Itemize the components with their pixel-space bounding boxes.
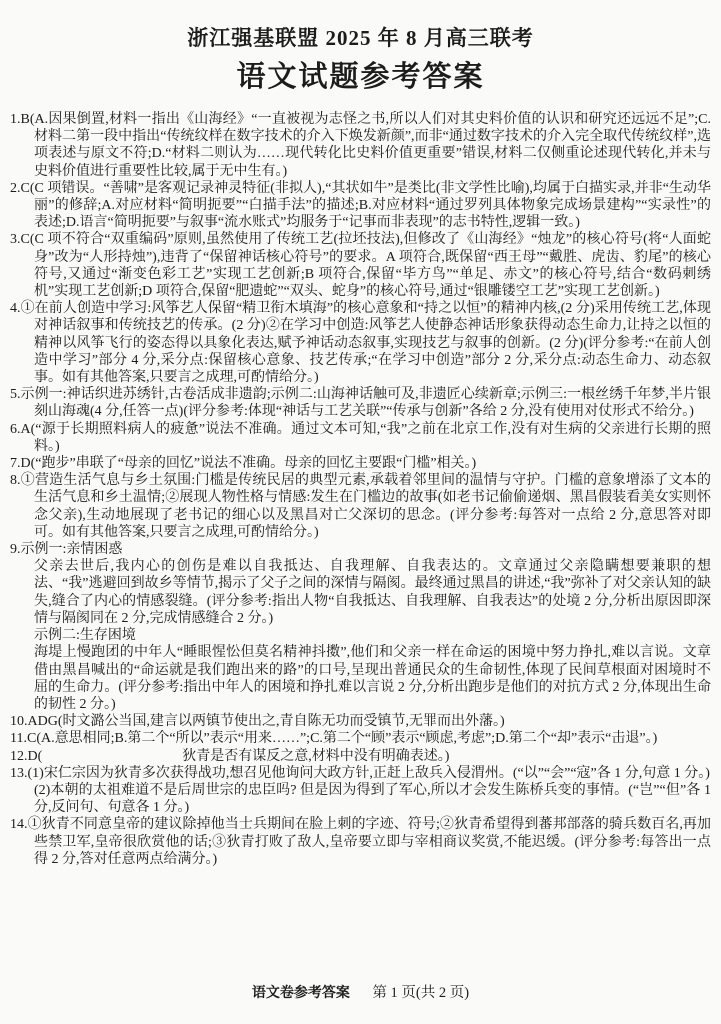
- exam-title: 浙江强基联盟 2025 年 8 月高三联考: [0, 22, 721, 52]
- answer-item-9: 9.示例一:亲情困惑父亲去世后,我内心的创伤是难以自我抵达、自我理解、自我表达的…: [10, 541, 711, 713]
- answer-text: D( 狄青是否有谋反之意,材料中没有明确表述。): [28, 749, 450, 764]
- answer-paragraph: 示例二:生存困境: [10, 627, 711, 644]
- answer-paragraph: 1.B(A.因果倒置,材料一指出《山海经》“一直被视为志怪之书,所以人们对其史料…: [10, 111, 711, 180]
- answer-number: 13.: [10, 766, 28, 781]
- answer-paragraph: 5.示例一:神话织进苏绣针,古卷活成非遗韵;示例二:山海神话触可及,非遗匠心续新…: [10, 386, 711, 420]
- answer-paragraph: 7.D(“跑步”串联了“母亲的回忆”说法不准确。母亲的回忆主要跟“门槛”相关。): [10, 455, 711, 472]
- answer-number: 12.: [10, 749, 28, 764]
- answer-item-2: 2.C(C 项错误。“善啸”是客观记录神灵特征(非拟人),“其状如牛”是类比(非…: [10, 180, 711, 232]
- answer-paragraph: 6.A(“源于长期照料病人的疲惫”说法不准确。通过文本可知,“我”之前在北京工作…: [10, 421, 711, 455]
- answer-paragraph: 8.①营造生活气息与乡土氛围:门槛是传统民居的典型元素,承载着邻里间的温情与守护…: [10, 472, 711, 541]
- answer-list: 1.B(A.因果倒置,材料一指出《山海经》“一直被视为志怪之书,所以人们对其史料…: [0, 111, 721, 868]
- answer-paragraph: 3.C(C 项不符合“双重编码”原则,虽然使用了传统工艺(拉坯技法),但修改了《…: [10, 231, 711, 300]
- answer-paragraph: 海堤上慢跑团的中年人“睡眼惺忪但莫名精神抖擞”,他们和父亲一样在命运的困境中努力…: [10, 644, 711, 713]
- answer-number: 3.: [10, 232, 21, 247]
- title-block: 浙江强基联盟 2025 年 8 月高三联考 语文试题参考答案: [0, 22, 721, 95]
- answer-item-6: 6.A(“源于长期照料病人的疲惫”说法不准确。通过文本可知,“我”之前在北京工作…: [10, 421, 711, 455]
- answer-paragraph: 9.示例一:亲情困惑: [10, 541, 711, 558]
- answer-item-5: 5.示例一:神话织进苏绣针,古卷活成非遗韵;示例二:山海神话触可及,非遗匠心续新…: [10, 386, 711, 420]
- answer-item-4: 4.①在前人创造中学习:风筝艺人保留“精卫衔木填海”的核心意象和“持之以恒”的精…: [10, 300, 711, 386]
- answer-number: 4.: [10, 301, 21, 316]
- answer-item-10: 10.ADG(时文潞公当国,建言以两镇节使出之,青自陈无功而受镇节,无罪而出外藩…: [10, 713, 711, 730]
- answer-item-11: 11.C(A.意思相同;B.第二个“所以”表示“用来……”;C.第二个“顾”表示…: [10, 730, 711, 747]
- answer-item-14: 14.①狄青不同意皇帝的建议除掉他当士兵期间在脸上刺的字迹、符号;②狄青希望得到…: [10, 816, 711, 868]
- answer-text: (1)宋仁宗因为狄青多次获得战功,想召见他询问大政方针,正赶上敌兵入侵渭州。(“…: [28, 766, 710, 781]
- answer-paragraph: 10.ADG(时文潞公当国,建言以两镇节使出之,青自陈无功而受镇节,无罪而出外藩…: [10, 713, 711, 730]
- answer-text: C(C 项错误。“善啸”是客观记录神灵特征(非拟人),“其状如牛”是类比(非文学…: [21, 181, 712, 230]
- answer-text: B(A.因果倒置,材料一指出《山海经》“一直被视为志怪之书,所以人们对其史料价值…: [21, 112, 712, 179]
- answer-text: ADG(时文潞公当国,建言以两镇节使出之,青自陈无功而受镇节,无罪而出外藩。): [28, 714, 505, 729]
- document-page: 浙江强基联盟 2025 年 8 月高三联考 语文试题参考答案 1.B(A.因果倒…: [0, 0, 721, 1024]
- answer-paragraph: 13.(1)宋仁宗因为狄青多次获得战功,想召见他询问大政方针,正赶上敌兵入侵渭州…: [10, 765, 711, 782]
- answer-paragraph: 父亲去世后,我内心的创伤是难以自我抵达、自我理解、自我表达的。文章通过父亲隐瞒想…: [10, 558, 711, 627]
- answer-paragraph: 14.①狄青不同意皇帝的建议除掉他当士兵期间在脸上刺的字迹、符号;②狄青希望得到…: [10, 816, 711, 868]
- answer-paragraph: 12.D( 狄青是否有谋反之意,材料中没有明确表述。): [10, 748, 711, 765]
- answer-number: 6.: [10, 422, 21, 437]
- answer-item-3: 3.C(C 项不符合“双重编码”原则,虽然使用了传统工艺(拉坯技法),但修改了《…: [10, 231, 711, 300]
- answer-number: 10.: [10, 714, 28, 729]
- answer-number: 11.: [10, 731, 27, 746]
- answer-number: 2.: [10, 181, 21, 196]
- answer-text: ①狄青不同意皇帝的建议除掉他当士兵期间在脸上刺的字迹、符号;②狄青希望得到蕃邦部…: [28, 817, 712, 866]
- answer-text: A(“源于长期照料病人的疲惫”说法不准确。通过文本可知,“我”之前在北京工作,没…: [21, 422, 712, 454]
- answer-paragraph: 11.C(A.意思相同;B.第二个“所以”表示“用来……”;C.第二个“顾”表示…: [10, 730, 711, 747]
- answer-item-12: 12.D( 狄青是否有谋反之意,材料中没有明确表述。): [10, 748, 711, 765]
- footer-page-number: 第 1 页(共 2 页): [372, 985, 469, 1001]
- answer-paragraph: (2)本朝的太祖难道不是后周世宗的忠臣吗? 但是因为得到了军心,所以才会发生陈桥…: [10, 782, 711, 816]
- answer-number: 14.: [10, 817, 28, 832]
- page-footer: 语文卷参考答案 第 1 页(共 2 页): [0, 981, 721, 1002]
- answer-item-8: 8.①营造生活气息与乡土氛围:门槛是传统民居的典型元素,承载着邻里间的温情与守护…: [10, 472, 711, 541]
- footer-doc-label: 语文卷参考答案: [252, 984, 350, 1000]
- answer-text: 示例一:亲情困惑: [21, 542, 123, 557]
- answer-item-1: 1.B(A.因果倒置,材料一指出《山海经》“一直被视为志怪之书,所以人们对其史料…: [10, 111, 711, 180]
- answer-number: 5.: [10, 387, 21, 402]
- answer-text: ①在前人创造中学习:风筝艺人保留“精卫衔木填海”的核心意象和“持之以恒”的精神内…: [21, 301, 712, 385]
- answer-number: 7.: [10, 456, 21, 471]
- answers-title: 语文试题参考答案: [0, 54, 721, 95]
- answer-number: 9.: [10, 542, 21, 557]
- answer-paragraph: 2.C(C 项错误。“善啸”是客观记录神灵特征(非拟人),“其状如牛”是类比(非…: [10, 180, 711, 232]
- answer-text: ①营造生活气息与乡土氛围:门槛是传统民居的典型元素,承载着邻里间的温情与守护。门…: [21, 473, 712, 540]
- answer-item-13: 13.(1)宋仁宗因为狄青多次获得战功,想召见他询问大政方针,正赶上敌兵入侵渭州…: [10, 765, 711, 817]
- answer-number: 8.: [10, 473, 21, 488]
- answer-paragraph: 4.①在前人创造中学习:风筝艺人保留“精卫衔木填海”的核心意象和“持之以恒”的精…: [10, 300, 711, 386]
- answer-text: C(A.意思相同;B.第二个“所以”表示“用来……”;C.第二个“顾”表示“顾虑…: [27, 731, 657, 746]
- answer-text: 示例一:神话织进苏绣针,古卷活成非遗韵;示例二:山海神话触可及,非遗匠心续新章;…: [21, 387, 712, 419]
- answer-item-7: 7.D(“跑步”串联了“母亲的回忆”说法不准确。母亲的回忆主要跟“门槛”相关。): [10, 455, 711, 472]
- answer-number: 1.: [10, 112, 21, 127]
- answer-text: D(“跑步”串联了“母亲的回忆”说法不准确。母亲的回忆主要跟“门槛”相关。): [21, 456, 477, 471]
- answer-text: C(C 项不符合“双重编码”原则,虽然使用了传统工艺(拉坯技法),但修改了《山海…: [21, 232, 712, 299]
